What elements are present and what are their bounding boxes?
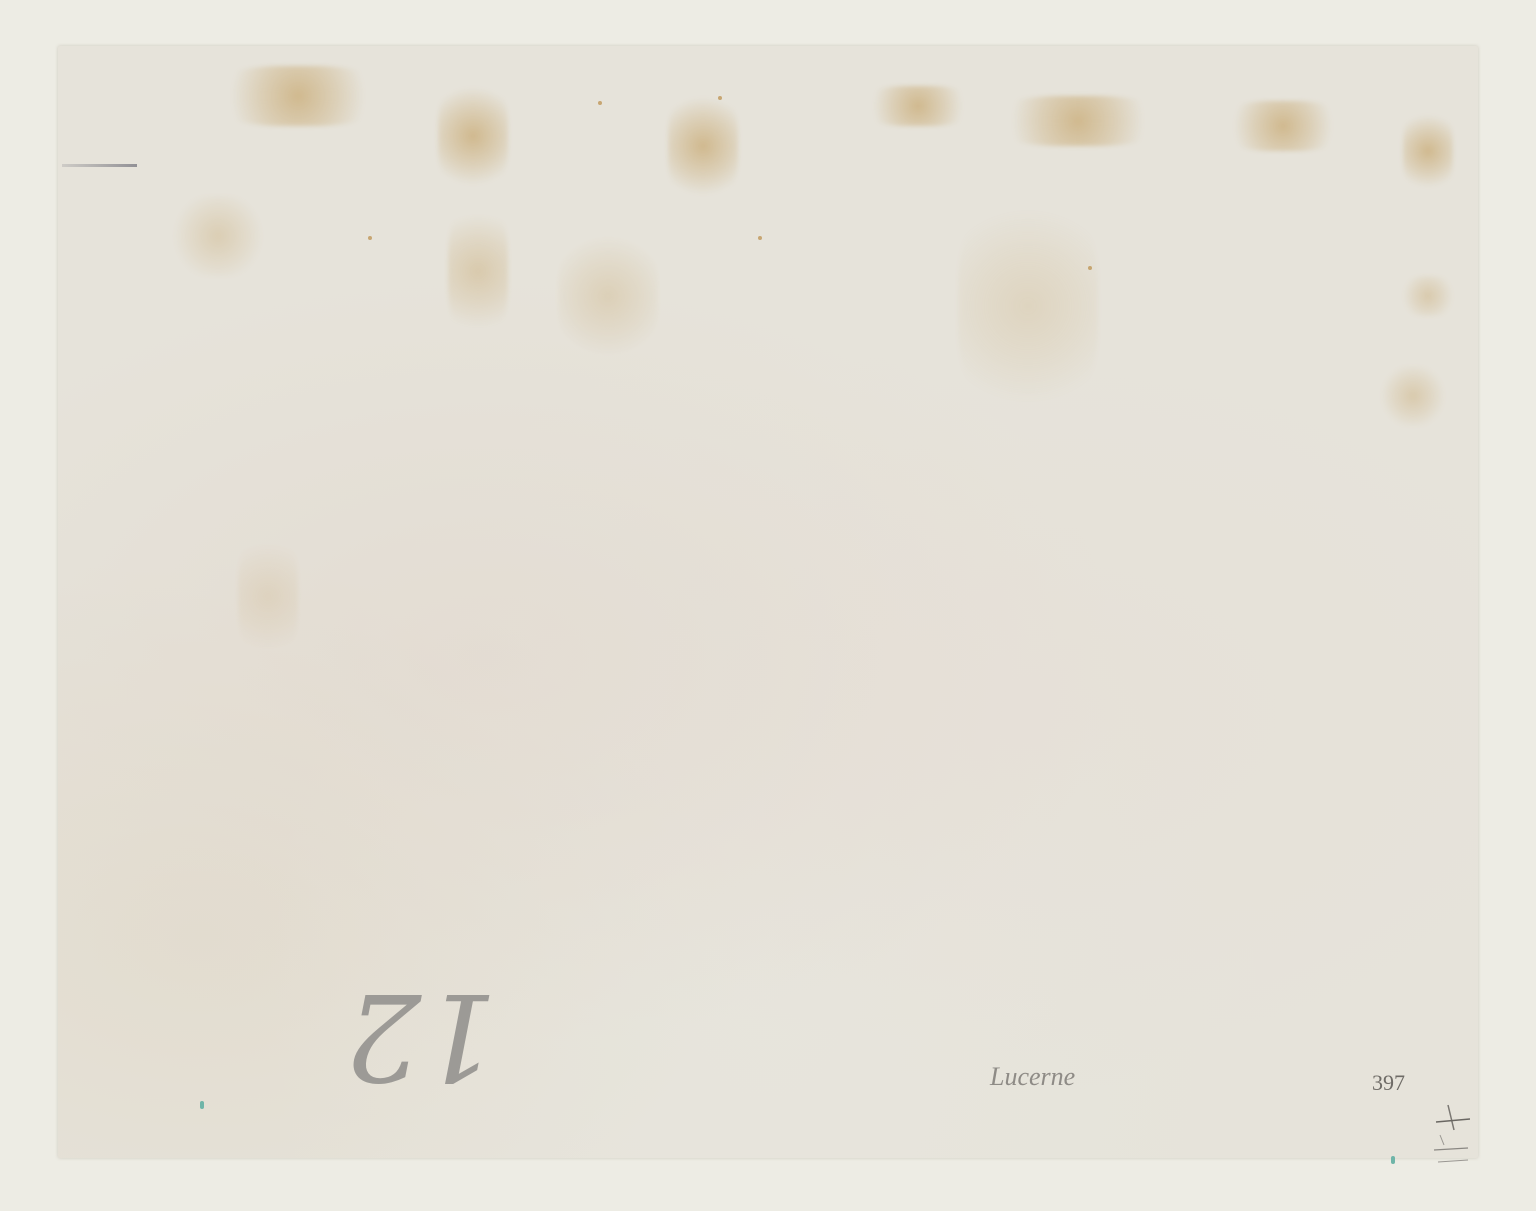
foxing-stain (238, 526, 298, 666)
foxing-stain (168, 196, 268, 276)
foxing-stain (958, 186, 1098, 426)
foxing-speck (718, 96, 722, 100)
foxing-stain (1218, 101, 1348, 151)
cross-mark-icon (1430, 1100, 1470, 1170)
inventory-number: 397 (1372, 1070, 1405, 1096)
foxing-stain (208, 66, 388, 126)
green-mark (200, 1101, 204, 1109)
foxing-speck (368, 236, 372, 240)
place-name-inscription: Lucerne (990, 1062, 1075, 1092)
foxing-stain (1398, 276, 1458, 316)
foxing-speck (758, 236, 762, 240)
foxing-stain (988, 96, 1168, 146)
foxing-speck (1088, 266, 1092, 270)
foxing-stain (438, 76, 508, 196)
paper-sheet (58, 46, 1478, 1158)
foxing-stain (1378, 366, 1448, 426)
foxing-stain (448, 196, 508, 346)
foxing-stain (558, 226, 658, 366)
foxing-stain (668, 86, 738, 206)
foxing-stain (858, 86, 978, 126)
foxing-stain (1403, 106, 1453, 196)
upside-down-number: 12 (345, 975, 498, 1095)
foxing-speck (598, 101, 602, 105)
pencil-mark (62, 164, 137, 167)
green-mark (1391, 1156, 1395, 1164)
